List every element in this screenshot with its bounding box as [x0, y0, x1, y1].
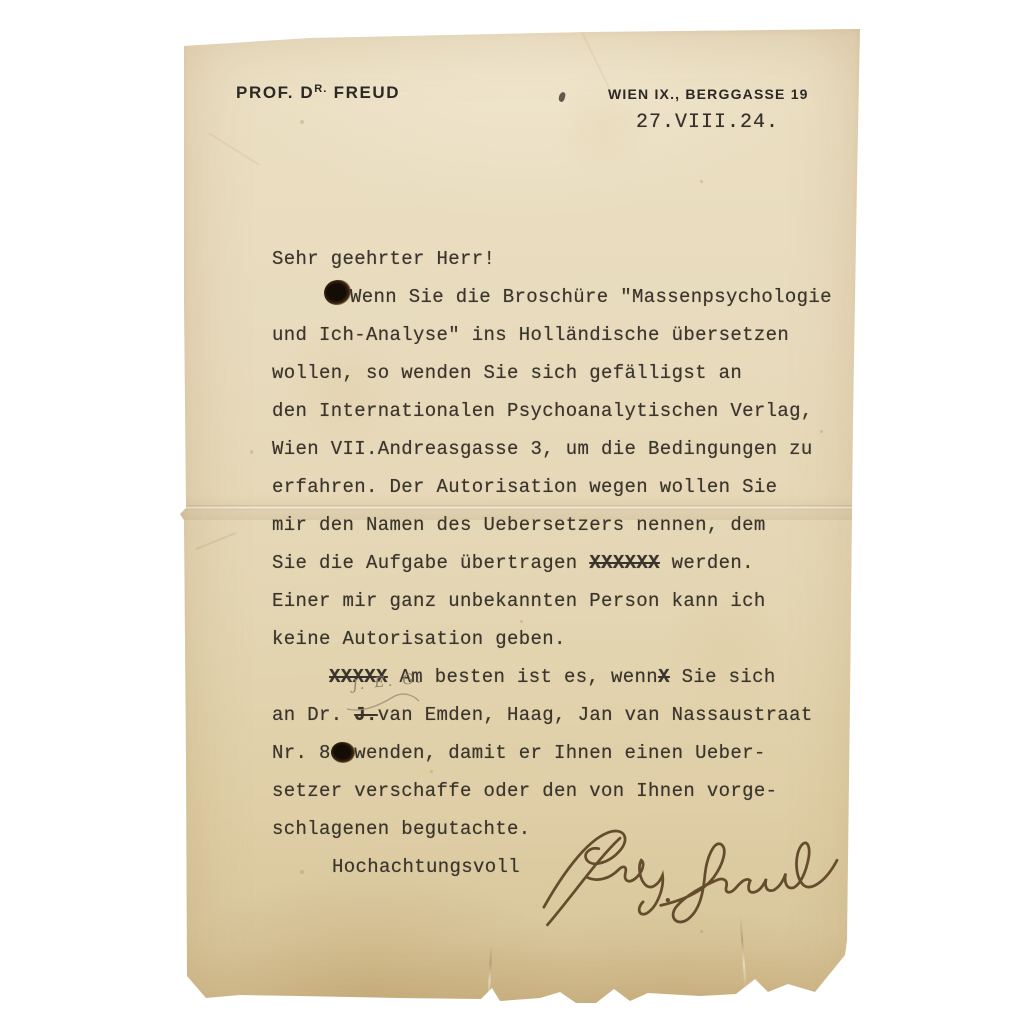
paper-speck — [300, 870, 304, 874]
body-line: und Ich-Analyse" ins Holländische überse… — [272, 324, 789, 346]
body-line: Wien VII.Andreasgasse 3, um die Bedingun… — [272, 438, 813, 460]
letterhead-name-sup: R. — [314, 83, 327, 95]
ink-smudge-mark — [558, 91, 566, 102]
body-line: setzer verschaffe oder den von Ihnen vor… — [272, 780, 777, 802]
letter-paper: PROF. DR. FREUD WIEN IX., BERGGASSE 19 2… — [180, 28, 862, 1024]
paper-speck — [650, 520, 653, 523]
body-line: wollen, so wenden Sie sich gefälligst an — [272, 362, 742, 384]
paper-speck — [430, 770, 433, 773]
signature — [535, 822, 845, 933]
ink-blot — [322, 278, 352, 307]
paper-speck — [250, 450, 253, 454]
body-line: Wenn Sie die Broschüre "Massenpsychologi… — [350, 286, 832, 308]
overtyped-text: X — [658, 666, 670, 688]
pencil-stroke — [345, 692, 423, 716]
body-line: Sehr geehrter Herr! — [272, 248, 495, 270]
letterhead-address: WIEN IX., BERGGASSE 19 — [608, 86, 809, 102]
body-line: den Internationalen Psychoanalytischen V… — [272, 400, 813, 422]
body-line: schlagenen begutachte. — [272, 818, 531, 840]
paper-speck — [700, 180, 703, 183]
fold-crease — [180, 505, 862, 510]
letterhead-name-pre: PROF. D — [236, 83, 314, 102]
paper-wrinkle — [208, 132, 260, 165]
paper-speck — [820, 430, 823, 433]
letter-date: 27.VIII.24. — [636, 111, 779, 134]
body-line: keine Autorisation geben. — [272, 628, 566, 650]
letterhead-name-post: FREUD — [327, 83, 400, 102]
paper-crack — [488, 946, 493, 998]
paper-speck — [780, 300, 784, 303]
paper-wrinkle — [579, 27, 611, 91]
paper-speck — [300, 120, 304, 124]
body-line: Einer mir ganz unbekannten Person kann i… — [272, 590, 766, 612]
body-line: Sie die Aufgabe übertragen XXXXXX werden… — [272, 552, 754, 574]
letterhead-name: PROF. DR. FREUD — [236, 83, 400, 103]
paper-wrinkle — [195, 532, 237, 550]
paper-speck — [520, 620, 523, 623]
overtyped-text: XXXXXX — [589, 552, 660, 574]
body-line: Hochachtungsvoll — [332, 856, 520, 878]
